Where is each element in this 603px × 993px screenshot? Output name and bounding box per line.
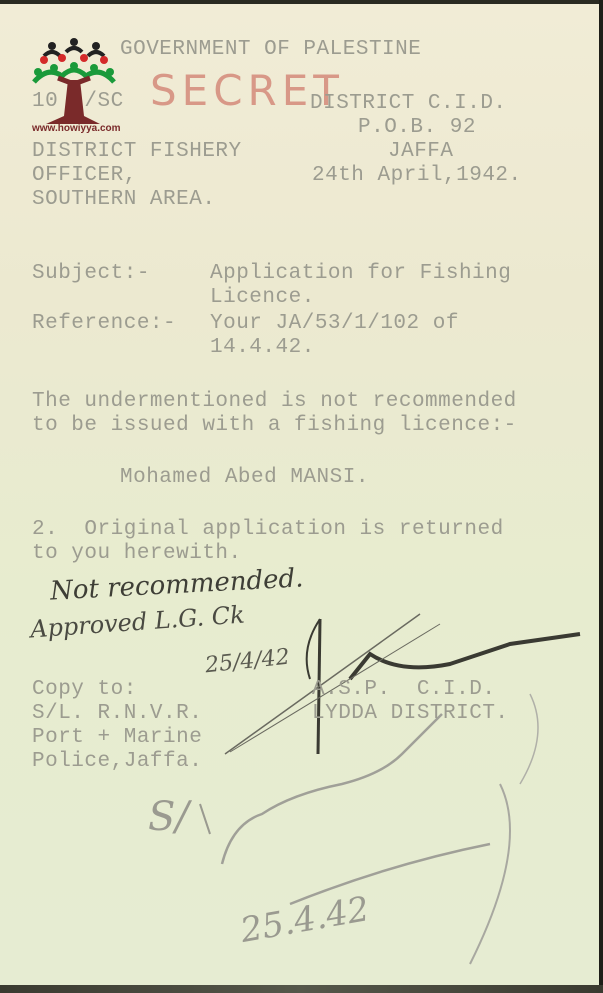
copy-to-label: Copy to:	[32, 678, 137, 702]
copy-to-line3: Police,Jaffa.	[32, 750, 202, 774]
copy-to-line1: S/L. R.N.V.R.	[32, 702, 202, 726]
scan-edge-right	[599, 0, 603, 993]
handwritten-initials: S/	[148, 794, 189, 840]
signature-title-line1: A.S.P. C.I.D.	[312, 678, 495, 702]
signature-strokes	[0, 4, 599, 985]
signature-title-line2: LYDDA DISTRICT.	[312, 702, 509, 726]
document-page: www.howiyya.com GOVERNMENT OF PALESTINE …	[0, 4, 599, 985]
copy-to-line2: Port + Marine	[32, 726, 202, 750]
scan-edge-bottom	[0, 985, 603, 993]
